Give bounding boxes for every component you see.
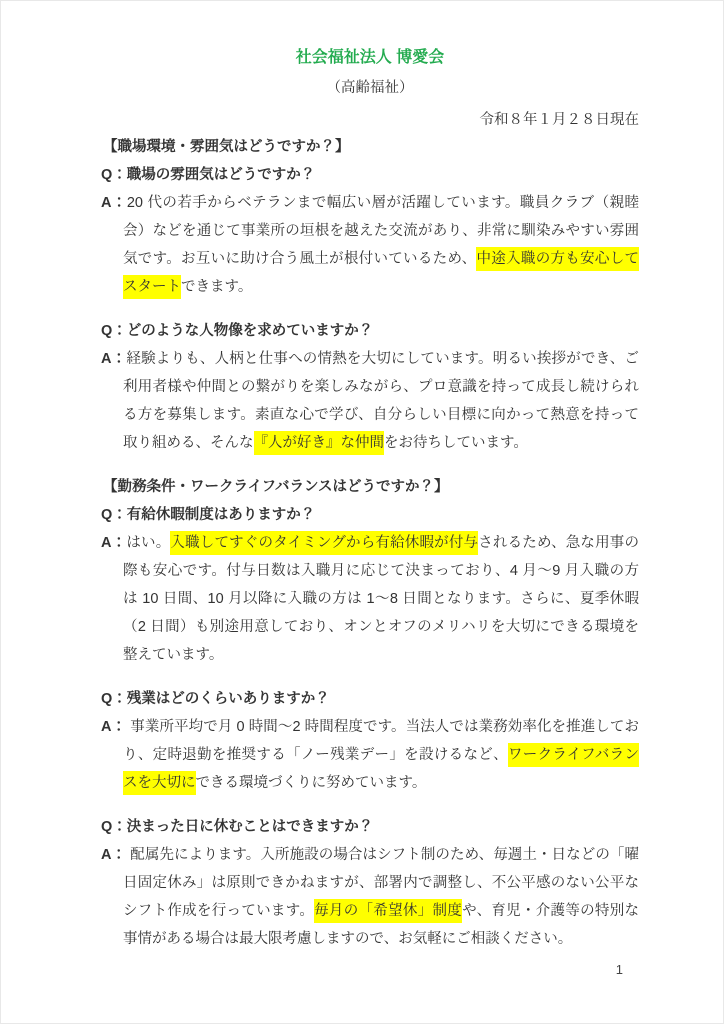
answer-text: できる環境づくりに努めています。 (196, 775, 427, 791)
document-page: 社会福祉法人 博愛会 （高齢福祉） 令和８年１月２８日現在 【職場環境・雰囲気は… (0, 0, 724, 1024)
answer-text: できます。 (181, 279, 252, 295)
section-heading: 【職場環境・雰囲気はどうですか？】 (103, 133, 639, 161)
answer-prefix: A： (101, 351, 126, 367)
document-body: 【職場環境・雰囲気はどうですか？】Q：職場の雰囲気はどうですか？A：20 代の若… (101, 133, 639, 953)
question-line: Q：残業はどのくらいありますか？ (101, 685, 639, 713)
answer-paragraph: A： 事業所平均で月 0 時間～2 時間程度です。当法人では業務効率化を推進して… (101, 713, 639, 797)
question-line: Q：決まった日に休むことはできますか？ (101, 813, 639, 841)
answer-text: をお待ちしています。 (384, 435, 528, 451)
question-line: Q：職場の雰囲気はどうですか？ (101, 161, 639, 189)
highlighted-text: 『人が好き』な仲間 (254, 431, 385, 455)
answer-prefix: A： (101, 195, 127, 211)
highlighted-text: 毎月の「希望休」制度 (314, 899, 462, 923)
section-heading: 【勤務条件・ワークライフバランスはどうですか？】 (103, 473, 639, 501)
document-date: 令和８年１月２８日現在 (101, 109, 639, 131)
answer-paragraph: A： 配属先によります。入所施設の場合はシフト制のため、毎週土・日などの「曜日固… (101, 841, 639, 953)
question-line: Q：有給休暇制度はありますか？ (101, 501, 639, 529)
document-title: 社会福祉法人 博愛会 (101, 47, 639, 69)
answer-prefix: A： (101, 719, 126, 735)
question-line: Q：どのような人物像を求めていますか？ (101, 317, 639, 345)
answer-paragraph: A：はい。入職してすぐのタイミングから有給休暇が付与されるため、急な用事の際も安… (101, 529, 639, 669)
answer-paragraph: A：経験よりも、人柄と仕事への情熱を大切にしています。明るい挨拶ができ、ご利用者… (101, 345, 639, 457)
answer-prefix: A： (101, 847, 126, 863)
document-subtitle: （高齢福祉） (101, 77, 639, 99)
answer-text: はい。 (126, 535, 170, 551)
answer-prefix: A： (101, 535, 126, 551)
highlighted-text: 入職してすぐのタイミングから有給休暇が付与 (170, 531, 478, 555)
answer-paragraph: A：20 代の若手からベテランまで幅広い層が活躍しています。職員クラブ（親睦会）… (101, 189, 639, 301)
page-number: 1 (616, 962, 623, 977)
